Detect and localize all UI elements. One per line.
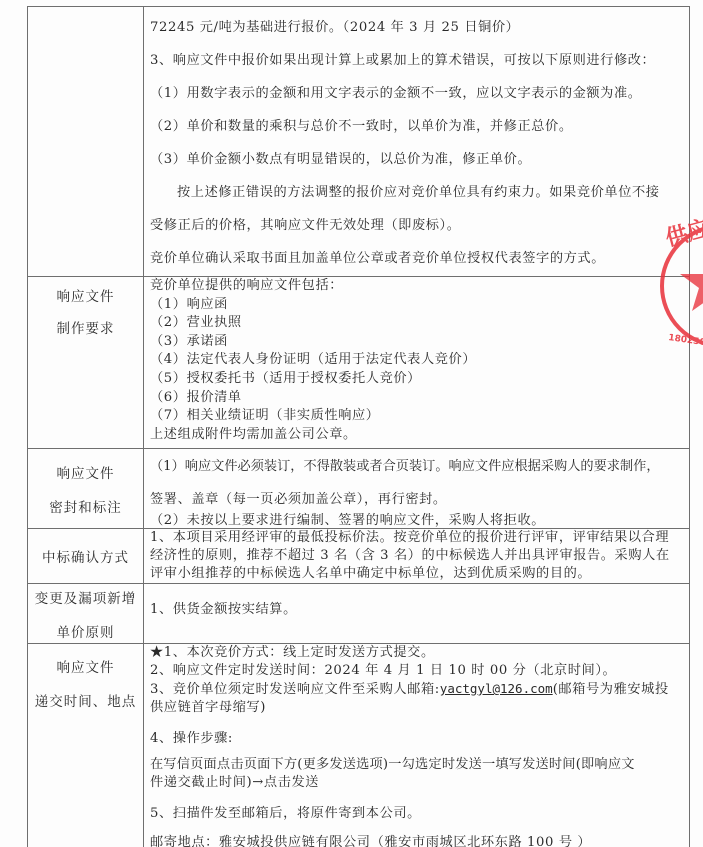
table-row-document-requirements: 响应文件 制作要求 竞价单位提供的响应文件包括： （1）响应函 （2）营业执照 … <box>28 277 690 449</box>
text-line: 受修正后的价格，其响应文件无效处理（即废标）。 <box>150 214 683 233</box>
text-line: ★1、本次竞价方式：线上定时发送方式提交。 <box>150 644 683 662</box>
row-label: 响应文件 制作要求 <box>28 277 144 449</box>
text-line: 评审小组推荐的中标候选人名单中确定中标单位，达到优质采购的目的。 <box>150 565 683 583</box>
row-label-empty <box>28 7 144 277</box>
row-label: 响应文件 密封和标注 <box>28 449 144 529</box>
text-line: 竞价单位提供的响应文件包括： <box>150 277 683 296</box>
label-line: 单价原则 <box>28 621 143 641</box>
label-line: 响应文件 <box>28 656 143 676</box>
text-line: 签署、盖章（每一页必须加盖公章），再行密封。 <box>150 488 683 507</box>
text-line: （2）单价和数量的乘积与总价不一致时，以单价为准，并修正总价。 <box>150 115 683 134</box>
label-line: 密封和标注 <box>28 496 143 516</box>
text-line: 1、供货金额按实结算。 <box>150 598 683 617</box>
text-line: 2、响应文件定时发送时间：2024 年 4 月 1 日 10 时 00 分（北京… <box>150 662 683 680</box>
text-line: 3、响应文件中报价如果出现计算上或累加上的算术错误，可按以下原则进行修改： <box>150 49 683 68</box>
text-line: （1）用数字表示的金额和用文字表示的金额不一致，应以文字表示的金额为准。 <box>150 82 683 101</box>
text-line: 1、本项目采用经评审的最低投标价法。按竞价单位的报价进行评审，评审结果以合理 <box>150 529 683 547</box>
email-link[interactable]: yactgyl@126.com <box>440 681 553 696</box>
row-label: 变更及漏项新增 单价原则 <box>28 584 144 644</box>
award-method-content: 1、本项目采用经评审的最低投标价法。按竞价单位的报价进行评审，评审结果以合理 经… <box>144 529 690 584</box>
list-item: （1）响应函 <box>150 296 683 315</box>
text-line: 在写信页面点击页面下方(更多发送选项)一勾选定时发送一填写发送时间(即响应文 <box>150 756 683 774</box>
text-line: 件递交截止时间)→点击发送 <box>150 774 683 792</box>
text-line: 竞价单位确认采取书面且加盖单位公章或者竞价单位授权代表签字的方式。 <box>150 247 683 266</box>
text-line: 上述组成附件均需加盖公司公章。 <box>150 426 683 445</box>
text-line: 邮寄地点：雅安城投供应链有限公司（雅安市雨城区北环东路 100 号 ） <box>150 831 683 847</box>
table-row-sealing: 响应文件 密封和标注 （1）响应文件必须装订，不得散装或者合页装订。响应文件应根… <box>28 449 690 529</box>
document-requirements-content: 竞价单位提供的响应文件包括： （1）响应函 （2）营业执照 （3）承诺函 （4）… <box>144 277 690 449</box>
list-item: （4）法定代表人身份证明（适用于法定代表人竞价） <box>150 351 683 370</box>
row-label: 中标确认方式 <box>28 529 144 584</box>
pricing-content: 72245 元/吨为基础进行报价。（2024 年 3 月 25 日铜价） 3、响… <box>144 7 690 277</box>
label-line: 递交时间、地点 <box>28 690 143 710</box>
change-pricing-content: 1、供货金额按实结算。 <box>144 584 690 644</box>
text-line: （3）单价金额小数点有明显错误的，以总价为准，修正单价。 <box>150 148 683 167</box>
text-line: 按上述修正错误的方法调整的报价应对竞价单位具有约束力。如果竞价单位不接 <box>150 181 683 200</box>
text-line: 4、操作步骤: <box>150 727 683 746</box>
text-line: 5、扫描件发至邮箱后，将原件寄到本公司。 <box>150 802 683 821</box>
table-row-submission: 响应文件 递交时间、地点 ★1、本次竞价方式：线上定时发送方式提交。 2、响应文… <box>28 644 690 847</box>
text-line-suffix: (邮箱号为雅安城投 <box>553 682 669 697</box>
label-line: 响应文件 <box>28 462 143 482</box>
list-item: （5）授权委托书（适用于授权委托人竞价） <box>150 370 683 389</box>
text-line: 经济性的原则，推荐不超过 3 名（含 3 名）的中标候选人并出具评审报告。采购人… <box>150 547 683 565</box>
label-line: 变更及漏项新增 <box>28 587 143 607</box>
document-page: 72245 元/吨为基础进行报价。（2024 年 3 月 25 日铜价） 3、响… <box>0 0 703 847</box>
table-row-change-pricing: 变更及漏项新增 单价原则 1、供货金额按实结算。 <box>28 584 690 644</box>
label-line: 中标确认方式 <box>28 546 143 566</box>
requirements-table: 72245 元/吨为基础进行报价。（2024 年 3 月 25 日铜价） 3、响… <box>27 6 690 847</box>
list-item: （7）相关业绩证明（非实质性响应） <box>150 407 683 426</box>
row-label: 响应文件 递交时间、地点 <box>28 644 144 847</box>
sealing-content: （1）响应文件必须装订，不得散装或者合页装订。响应文件应根据采购人的要求制作， … <box>144 449 690 529</box>
text-line: 供应链首字母缩写) <box>150 699 683 717</box>
label-line: 响应文件 <box>28 285 143 305</box>
text-line: （2）未按以上要求进行编制、签署的响应文件，采购人将拒收。 <box>150 509 683 528</box>
submission-content: ★1、本次竞价方式：线上定时发送方式提交。 2、响应文件定时发送时间：2024 … <box>144 644 690 847</box>
table-row-award-method: 中标确认方式 1、本项目采用经评审的最低投标价法。按竞价单位的报价进行评审，评审… <box>28 529 690 584</box>
label-line: 制作要求 <box>28 317 143 337</box>
text-line: （1）响应文件必须装订，不得散装或者合页装订。响应文件应根据采购人的要求制作， <box>150 455 683 474</box>
text-line-prefix: 3、竞价单位须定时发送响应文件至采购人邮箱: <box>150 682 440 697</box>
list-item: （3）承诺函 <box>150 333 683 352</box>
text-line: 3、竞价单位须定时发送响应文件至采购人邮箱:yactgyl@126.com(邮箱… <box>150 680 683 699</box>
text-line: 72245 元/吨为基础进行报价。（2024 年 3 月 25 日铜价） <box>150 16 683 35</box>
list-item: （2）营业执照 <box>150 314 683 333</box>
list-item: （6）报价清单 <box>150 389 683 408</box>
table-row-pricing: 72245 元/吨为基础进行报价。（2024 年 3 月 25 日铜价） 3、响… <box>28 7 690 277</box>
